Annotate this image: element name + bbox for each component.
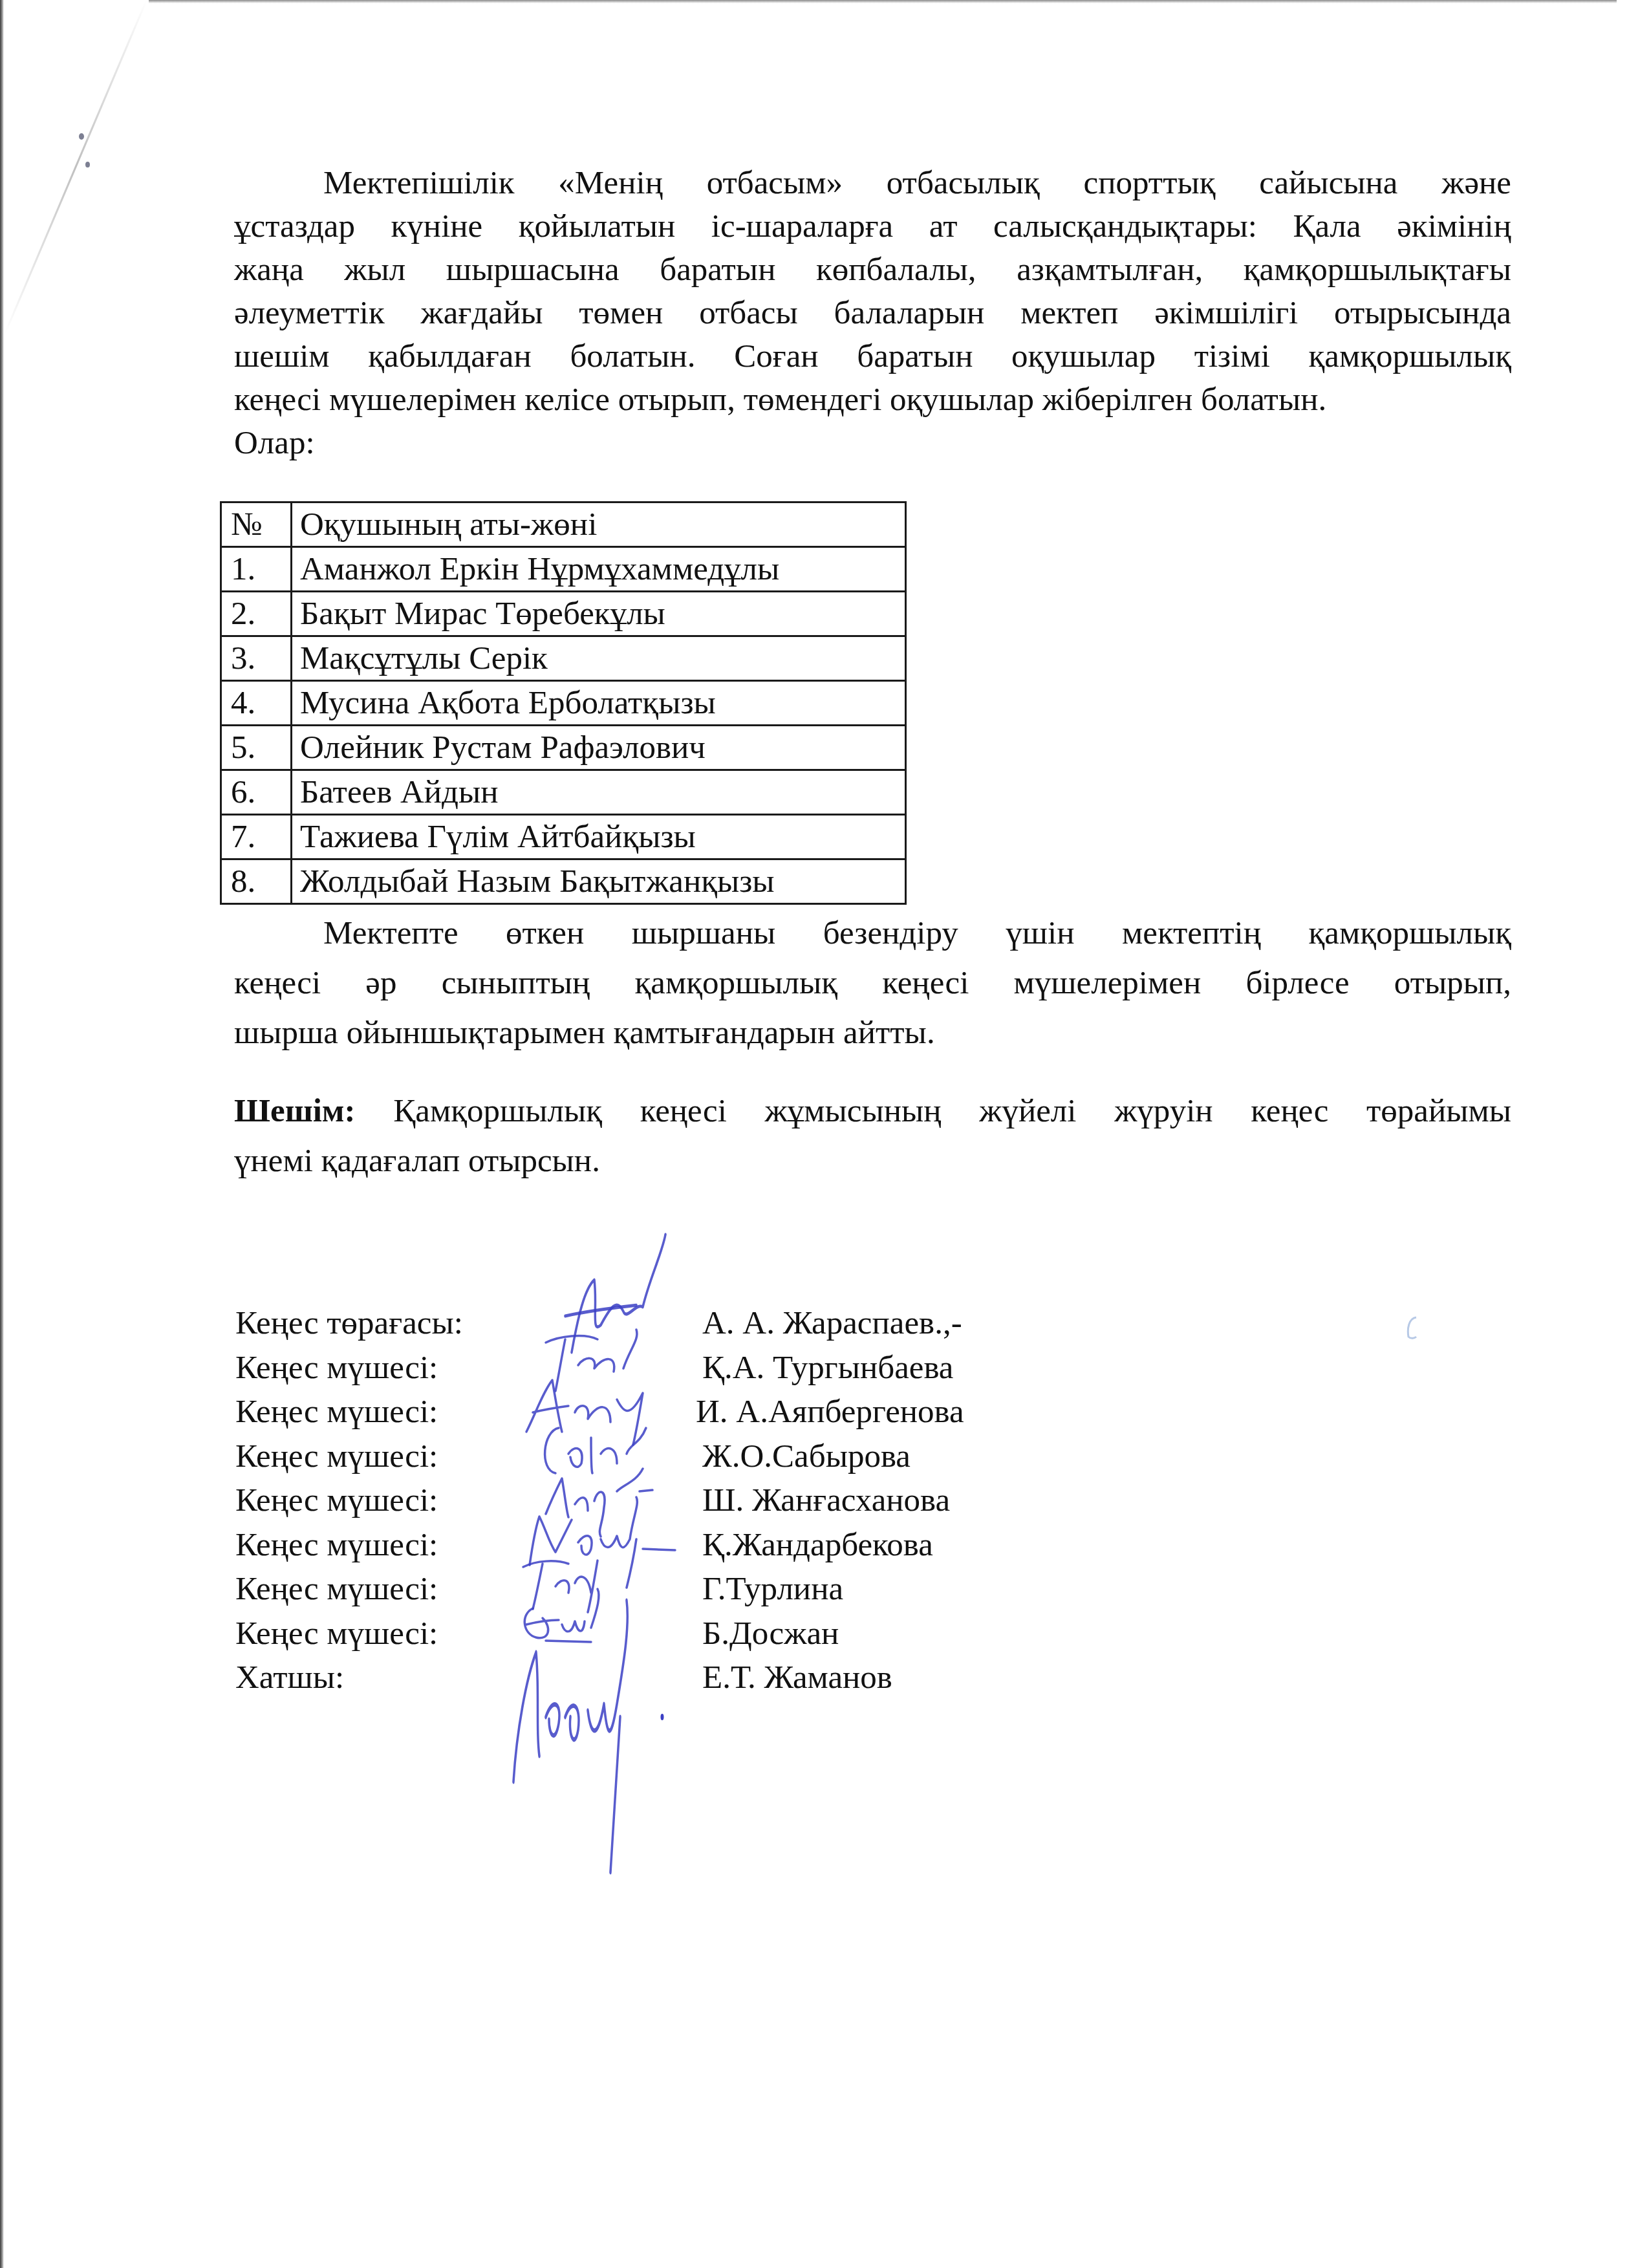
signatory-name: Е.Т. Жаманов	[702, 1656, 892, 1700]
paper-fold-line	[4, 0, 147, 334]
student-name: Мусина Ақбота Ерболатқызы	[292, 681, 906, 726]
row-number: 5.	[221, 726, 292, 770]
signatory-name: Г.Турлина	[702, 1567, 843, 1612]
student-name: Олейник Рустам Рафаэлович	[292, 726, 906, 770]
table-row: 6. Батеев Айдын	[221, 770, 906, 815]
decision-text: Қамқоршылық кеңесі жұмысының жүйелі жүру…	[356, 1093, 1511, 1129]
table-row: 2. Бақыт Мирас Төребекұлы	[221, 592, 906, 636]
handwritten-signature-icon	[501, 1626, 695, 1756]
decision-line: үнемі қадағалап отырсын.	[234, 1136, 1511, 1186]
decision-line: Шешім: Қамқоршылық кеңесі жұмысының жүйе…	[234, 1086, 1511, 1136]
decoration-paragraph: Мектепте өткен шыршаны безендіру үшін ме…	[234, 909, 1511, 1058]
signature-role: Хатшы:	[235, 1656, 344, 1700]
signature-role: Кеңес мүшесі:	[235, 1346, 438, 1390]
row-number: 7.	[221, 815, 292, 859]
student-name: Тажиева Гүлім Айтбайқызы	[292, 815, 906, 859]
students-table-wrapper: № Оқушының аты-жөні 1. Аманжол Еркін Нұр…	[220, 501, 907, 905]
intro-line: әлеуметтік жағдайы төмен отбасы балалары…	[234, 292, 1511, 335]
intro-line: ұстаздар күніне қойылатын іс-шараларға а…	[234, 205, 1511, 248]
signatory-name: Б.Досжан	[702, 1612, 839, 1656]
scan-edge-left	[0, 0, 4, 2268]
intro-line: кеңесі мүшелерімен келісе отырып, төменд…	[234, 378, 1511, 422]
intro-line: Олар:	[234, 422, 1511, 465]
intro-line: Мектепішілік «Менің отбасым» отбасылық с…	[234, 162, 1511, 205]
paragraph-line: Мектепте өткен шыршаны безендіру үшін ме…	[234, 909, 1511, 958]
table-row: 5. Олейник Рустам Рафаэлович	[221, 726, 906, 770]
table-row: 1. Аманжол Еркін Нұрмұхаммедұлы	[221, 547, 906, 592]
signature-role: Кеңес мүшесі:	[235, 1478, 438, 1523]
paragraph-line: кеңесі әр сыныптың қамқоршылық кеңесі мү…	[234, 958, 1511, 1008]
column-header-name: Оқушының аты-жөні	[292, 502, 906, 547]
decision-paragraph: Шешім: Қамқоршылық кеңесі жұмысының жүйе…	[234, 1086, 1511, 1186]
row-number: 6.	[221, 770, 292, 815]
signature-role: Кеңес мүшесі:	[235, 1612, 438, 1656]
signature-role: Кеңес мүшесі:	[235, 1567, 438, 1612]
signature-row-secretary: Хатшы: Е.Т. Жаманов	[235, 1656, 1141, 1700]
student-name: Мақсұтұлы Серік	[292, 636, 906, 681]
students-table: № Оқушының аты-жөні 1. Аманжол Еркін Нұр…	[220, 501, 907, 905]
column-header-number: №	[221, 502, 292, 547]
signatory-name: Қ.Жандарбекова	[702, 1523, 933, 1568]
table-header-row: № Оқушының аты-жөні	[221, 502, 906, 547]
scan-edge-top	[149, 0, 1617, 3]
scan-speck	[85, 162, 90, 167]
intro-paragraph: Мектепішілік «Менің отбасым» отбасылық с…	[234, 162, 1511, 465]
row-number: 4.	[221, 681, 292, 726]
student-name: Бақыт Мирас Төребекұлы	[292, 592, 906, 636]
decision-label: Шешім:	[234, 1093, 356, 1129]
signatory-name: Ж.О.Сабырова	[702, 1434, 911, 1479]
row-number: 8.	[221, 859, 292, 904]
table-row: 7. Тажиева Гүлім Айтбайқызы	[221, 815, 906, 859]
table-row: 8. Жолдыбай Назым Бақытжанқызы	[221, 859, 906, 904]
row-number: 1.	[221, 547, 292, 592]
row-number: 2.	[221, 592, 292, 636]
signatory-name: Қ.А. Тургынбаева	[702, 1346, 953, 1390]
signatory-name: И. А.Аяпбергенова	[696, 1390, 964, 1434]
intro-line: жаңа жыл шыршасына баратын көпбалалы, аз…	[234, 248, 1511, 292]
table-row: 4. Мусина Ақбота Ерболатқызы	[221, 681, 906, 726]
row-number: 3.	[221, 636, 292, 681]
table-row: 3. Мақсұтұлы Серік	[221, 636, 906, 681]
intro-line: шешім қабылдаған болатын. Соған баратын …	[234, 335, 1511, 378]
stray-pen-mark-icon	[1405, 1316, 1419, 1339]
paragraph-line: шырша ойыншықтарымен қамтығандарын айтты…	[234, 1008, 1511, 1058]
signature-role: Кеңес мүшесі:	[235, 1523, 438, 1568]
scan-speck	[79, 133, 84, 140]
signature-role: Кеңес мүшесі:	[235, 1390, 438, 1434]
signature-role: Кеңес төрағасы:	[235, 1301, 463, 1346]
signature-role: Кеңес мүшесі:	[235, 1434, 438, 1479]
signatory-name: Ш. Жанғасханова	[702, 1478, 950, 1523]
signatory-name: А. А. Жараспаев.,-	[702, 1301, 962, 1346]
signature-block: Кеңес төрағасы: А. А. Жараспаев.,- Кеңес…	[235, 1301, 1141, 1700]
student-name: Аманжол Еркін Нұрмұхаммедұлы	[292, 547, 906, 592]
student-name: Батеев Айдын	[292, 770, 906, 815]
student-name: Жолдыбай Назым Бақытжанқызы	[292, 859, 906, 904]
